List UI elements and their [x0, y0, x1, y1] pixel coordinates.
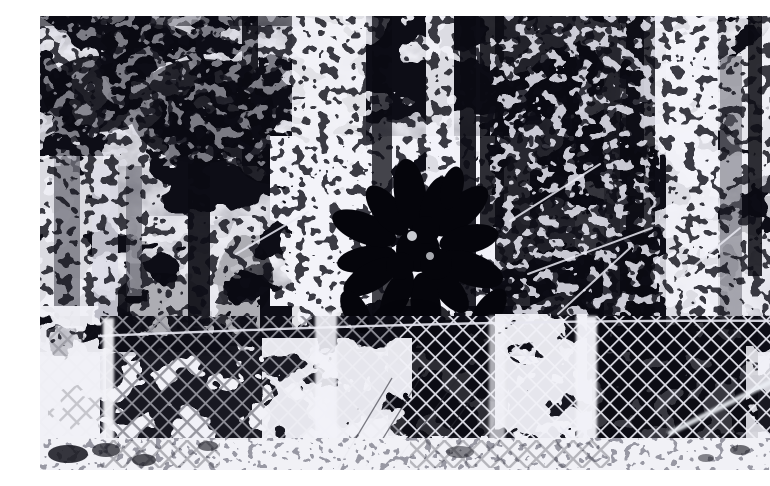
- debris-blob: [92, 443, 120, 457]
- debris-blob: [132, 454, 156, 466]
- leaf-cluster-core: [386, 252, 414, 280]
- forest-photo: A dense stand of trees rendered almost e…: [40, 16, 770, 470]
- leaf-highlight: [407, 231, 417, 241]
- debris-blob: [446, 446, 474, 458]
- ground-mesh-shadow: [410, 440, 610, 468]
- leaf-cluster-core: [420, 248, 452, 280]
- ground-strip: [40, 438, 770, 470]
- debris-blob: [698, 454, 714, 462]
- debris-blob: [730, 445, 750, 455]
- fence-post: [103, 318, 114, 442]
- debris-blob: [198, 441, 218, 451]
- fence-post: [489, 316, 505, 444]
- debris-blob: [48, 445, 88, 463]
- leaf-highlight: [426, 252, 434, 260]
- forest-photo-canvas: [40, 16, 770, 470]
- leaf-cluster-core: [412, 216, 440, 244]
